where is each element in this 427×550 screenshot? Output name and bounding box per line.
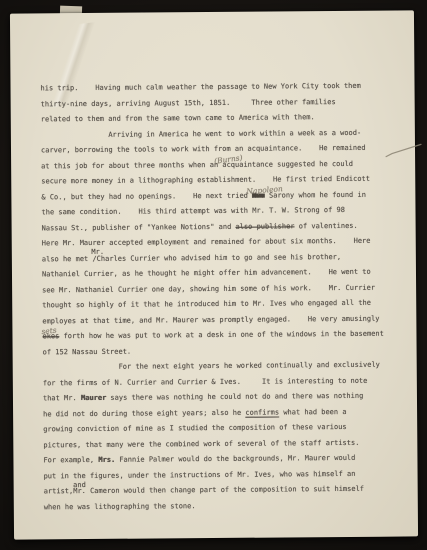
typescript-line: his trip. Having much calm weather the p… xyxy=(40,79,400,97)
typescript-segment: Nassau St., publisher of "Yankee Notions… xyxy=(42,222,236,232)
typescript-line: that Mr. Maurer says there was nothing h… xyxy=(43,389,403,407)
typescript-line: artist,Mr. Cameron would then change par… xyxy=(44,482,404,500)
typescript-segment: Mr.Napoleon xyxy=(252,191,265,199)
typescript-segment: Maurer xyxy=(81,394,106,402)
typescript-segment: also he met xyxy=(42,254,93,262)
typescript-segment: Charles Currier who advised him to go an… xyxy=(97,253,341,263)
typescript-segment: of 152 Nassau Street. xyxy=(43,347,132,356)
typescript-segment: he did not do during those eight years; … xyxy=(43,408,245,418)
typescript-segment: of valentines. xyxy=(294,221,357,229)
typescript-segment: thought so highly of it that he introduc… xyxy=(42,299,371,310)
typescript-segment: For example, xyxy=(43,456,98,464)
typescript-segment: Arriving in America he went to work with… xyxy=(41,128,361,139)
typescript-line: ekessets forth how he was put to work at… xyxy=(42,327,402,345)
typescript-segment: related to them and from the same town c… xyxy=(41,113,315,123)
typescript-line: when he was lithographing the stone. xyxy=(44,497,404,515)
typescript-segment: Here Mr. Maurer accepted employment and … xyxy=(42,237,371,248)
typescript-segment: forth how he was put to work at a desk i… xyxy=(59,330,384,341)
typescript-segment: see Mr. Nathaniel Currier one day, showi… xyxy=(42,283,375,294)
typescript-segment: at this job for about three months when xyxy=(41,161,210,170)
typescript-segment: Fannie Palmer would do the backgrounds, … xyxy=(115,454,355,464)
typescript-line: Here Mr. Maurer accepted employment and … xyxy=(42,234,402,252)
typescript-segment: suggested he could xyxy=(273,159,353,168)
typescript-segment: for the firms of N. Currier and Currier … xyxy=(43,376,368,387)
typescript-segment: For the next eight years he worked conti… xyxy=(43,361,380,372)
typescript-segment: artist, xyxy=(44,487,74,495)
typescript-segment: Sarony whom he found in xyxy=(265,190,366,199)
typescript-segment: employes at that time, and Mr. Maurer wa… xyxy=(42,314,379,325)
typescript-segment: Mrs. xyxy=(98,456,115,464)
typescript-segment: growing conviction of mine as I studied … xyxy=(43,423,346,433)
typescript-segment: what had been a xyxy=(279,407,346,416)
typescript-segment: confirms xyxy=(245,408,279,416)
typescript-segment: Nathaniel Currier, as he thought he migh… xyxy=(42,268,371,279)
typescript-segment: an acquaintance(Burns) xyxy=(210,160,273,168)
typescript-segment: carver, borrowing the tools to work with… xyxy=(41,144,366,155)
typescript-segment: Mr. Cameron would then change part of th… xyxy=(73,485,364,495)
typescript-segment: when he was lithographing the stone. xyxy=(44,502,196,511)
typescript-segment: thirty-nine days, arriving August 15th, … xyxy=(41,98,336,108)
typescript-segment: & Co., but they had no openings. He next… xyxy=(41,191,252,201)
typescript-segment: says there was nothing he could not do a… xyxy=(106,392,363,402)
typescript-segment: pictures, that many were the combined wo… xyxy=(43,438,359,448)
typescript-segment: the same condition. His third attempt wa… xyxy=(41,206,344,216)
typescript-segment: also publisher xyxy=(235,222,294,230)
scan-background: his trip. Having much calm weather the p… xyxy=(0,0,427,550)
typescript-segment: ekessets xyxy=(42,332,59,340)
typescript-segment: his trip. Having much calm weather the p… xyxy=(40,82,360,93)
typescript-segment: put in the figures, under the instructio… xyxy=(44,469,356,479)
typescript-line: & Co., but they had no openings. He next… xyxy=(41,187,401,205)
pencil-check-mark xyxy=(383,142,423,160)
document-page: his trip. Having much calm weather the p… xyxy=(10,10,418,539)
typescript-segment: secure more money in a lithographing est… xyxy=(41,175,370,186)
typed-text: his trip. Having much calm weather the p… xyxy=(40,79,403,516)
typescript-segment: that Mr. xyxy=(43,394,81,402)
